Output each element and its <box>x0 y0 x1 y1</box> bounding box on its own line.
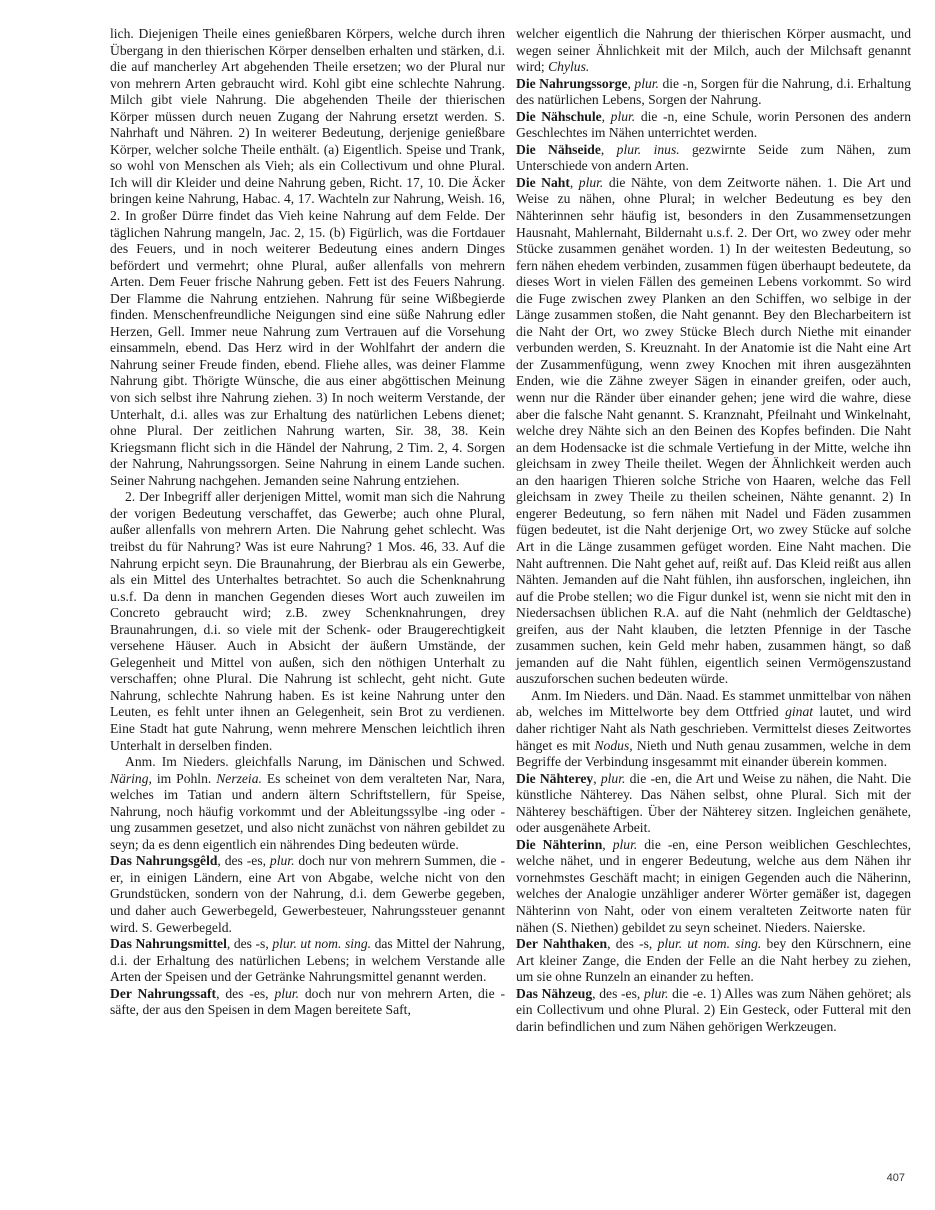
body-text: lich. Diejenigen Theile eines genießbare… <box>110 26 505 488</box>
body-text: , des -s, <box>607 936 657 951</box>
italic-term: plur. ut nom. sing. <box>658 936 762 951</box>
italic-term: plur. <box>579 175 604 190</box>
body-text: im Pohln. <box>152 771 216 786</box>
entry-paragraph: lich. Diejenigen Theile eines genießbare… <box>110 26 505 489</box>
headword: Der Nahthaken <box>516 936 607 951</box>
dictionary-entry: Das Nahrungsgêld, des -es, plur. doch nu… <box>110 853 505 936</box>
dictionary-entry: Das Nähzeug, des -es, plur. die -e. 1) A… <box>516 986 911 1036</box>
italic-term: Nerzeia. <box>216 771 262 786</box>
dictionary-entry: Die Nähterey, plur. die -en, die Art und… <box>516 771 911 837</box>
dictionary-entry: Die Nähschule, plur. die -n, eine Schule… <box>516 109 911 142</box>
body-text: die Nähte, von dem Zeitworte nähen. 1. D… <box>516 175 911 686</box>
left-column: lich. Diejenigen Theile eines genießbare… <box>110 26 505 1019</box>
dictionary-entry: Der Nahrungssaft, des -es, plur. doch nu… <box>110 986 505 1019</box>
entry-paragraph: 2. Der Inbegriff aller derjenigen Mittel… <box>110 489 505 754</box>
italic-term: plur. <box>613 837 638 852</box>
dictionary-entry: Der Nahthaken, des -s, plur. ut nom. sin… <box>516 936 911 986</box>
page-number: 407 <box>860 1172 905 1184</box>
dictionary-page: lich. Diejenigen Theile eines genießbare… <box>0 0 935 1210</box>
dictionary-entry: Die Nahrungssorge, plur. die -n, Sorgen … <box>516 76 911 109</box>
headword: Die Nähseide <box>516 142 601 157</box>
body-text: , <box>593 771 601 786</box>
body-text: , des -es, <box>217 853 270 868</box>
headword: Das Nahrungsgêld <box>110 853 217 868</box>
italic-term: plur. ut nom. sing. <box>272 936 371 951</box>
headword: Das Nähzeug <box>516 986 592 1001</box>
dictionary-entry: Die Naht, plur. die Nähte, von dem Zeitw… <box>516 175 911 688</box>
body-text: , des -es, <box>592 986 644 1001</box>
headword: Der Nahrungssaft <box>110 986 216 1001</box>
italic-term: ginat <box>785 704 813 719</box>
italic-term: plur. inus. <box>617 142 680 157</box>
body-text: , <box>601 142 617 157</box>
body-text: , des -s, <box>227 936 272 951</box>
body-text: 2. Der Inbegriff aller derjenigen Mittel… <box>110 489 505 752</box>
headword: Die Nähterinn <box>516 837 602 852</box>
headword: Die Nähschule <box>516 109 602 124</box>
headword: Das Nahrungsmittel <box>110 936 227 951</box>
body-text: , <box>602 837 612 852</box>
dictionary-entry: Das Nahrungsmittel, des -s, plur. ut nom… <box>110 936 505 986</box>
body-text: , des -es, <box>216 986 274 1001</box>
italic-term: plur. <box>601 771 626 786</box>
right-column: welcher eigentlich die Nahrung der thier… <box>516 26 911 1035</box>
entry-paragraph: Anm. Im Nieders. und Dän. Naad. Es stamm… <box>516 688 911 771</box>
italic-term: plur. <box>644 986 669 1001</box>
body-text: Anm. Im Nieders. gleichfalls Narung, im … <box>125 754 505 769</box>
italic-term: plur. <box>270 853 295 868</box>
italic-term: plur. <box>274 986 299 1001</box>
italic-term: plur. <box>611 109 636 124</box>
italic-term: Nodus, <box>594 738 632 753</box>
dictionary-entry: Die Nähseide, plur. inus. gezwirnte Seid… <box>516 142 911 175</box>
italic-term: Näring, <box>110 771 152 786</box>
entry-paragraph: welcher eigentlich die Nahrung der thier… <box>516 26 911 76</box>
headword: Die Nähterey <box>516 771 593 786</box>
italic-term: plur. <box>634 76 659 91</box>
headword: Die Naht <box>516 175 570 190</box>
body-text: , <box>570 175 579 190</box>
headword: Die Nahrungssorge <box>516 76 628 91</box>
entry-paragraph: Anm. Im Nieders. gleichfalls Narung, im … <box>110 754 505 853</box>
italic-term: Chylus. <box>548 59 589 74</box>
dictionary-entry: Die Nähterinn, plur. die -en, eine Perso… <box>516 837 911 936</box>
body-text: , <box>602 109 611 124</box>
